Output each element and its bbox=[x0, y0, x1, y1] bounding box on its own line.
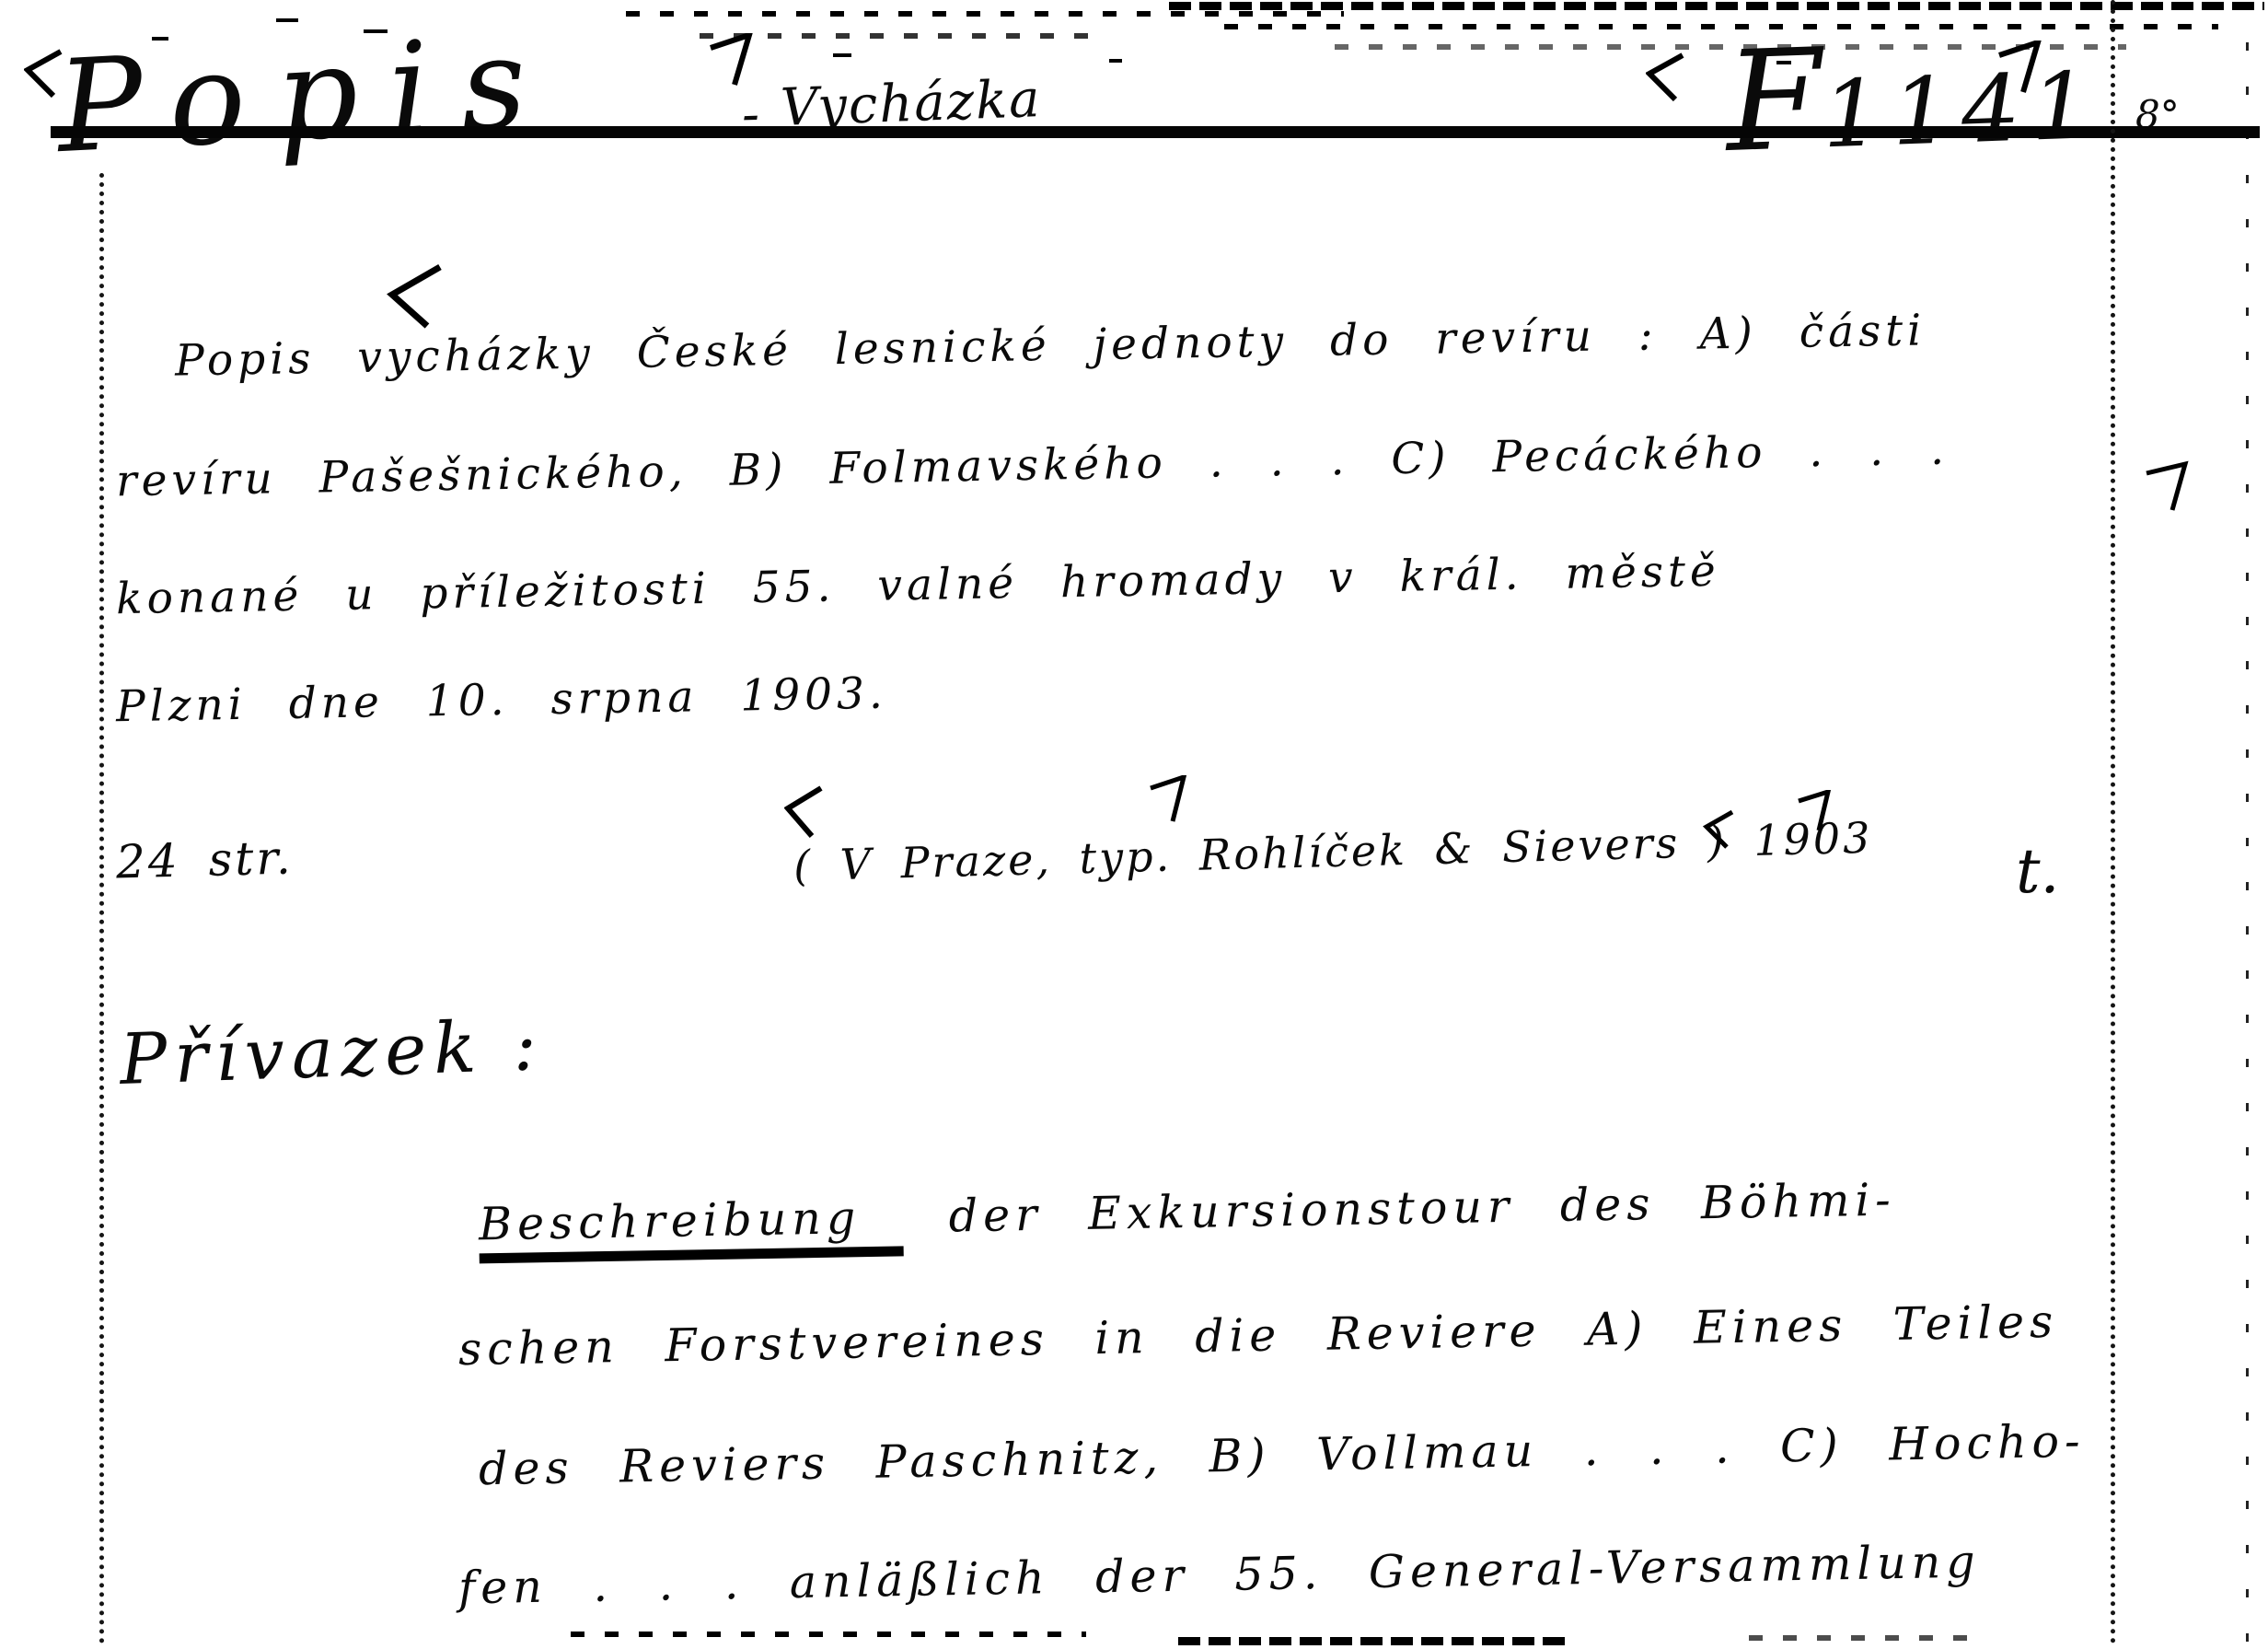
entry-line: konané u příležitosti 55. valné hromady … bbox=[116, 546, 1720, 624]
entry-line: des Reviers Paschnitz, B) Vollmau . . . … bbox=[479, 1415, 2086, 1495]
underlined-word: Beschreibung bbox=[479, 1190, 904, 1263]
insertion-caret-icon bbox=[1703, 808, 1736, 851]
extent-statement: 24 str. bbox=[115, 830, 294, 888]
shelfmark-letter: F bbox=[1723, 20, 1824, 184]
insertion-caret-icon bbox=[2145, 460, 2189, 514]
header-rule bbox=[51, 126, 2260, 138]
card-title: Popis bbox=[53, 7, 561, 181]
catalog-card-page: Popis - Vycházka F1141 8° Popis vycházky… bbox=[0, 0, 2268, 1649]
insertion-caret-icon bbox=[1997, 41, 2042, 96]
entry-line: schen Forstvereines in die Reviere A) Ei… bbox=[458, 1295, 2059, 1376]
left-margin-dotted-rule bbox=[99, 173, 104, 1644]
attachment-heading: Přívazek : bbox=[119, 1004, 546, 1100]
entry-line: Beschreibung der Exkursionstour des Böhm… bbox=[479, 1174, 1897, 1251]
insertion-caret-icon bbox=[1797, 790, 1832, 834]
scan-noise bbox=[626, 11, 1344, 17]
insertion-caret-icon bbox=[1646, 52, 1686, 103]
entry-line: Plzni dne 10. srpna 1903. bbox=[116, 668, 888, 733]
entry-line: revíru Pašešnického, B) Folmavského . . … bbox=[116, 424, 1950, 507]
insertion-caret-icon bbox=[1149, 775, 1187, 825]
scan-noise bbox=[833, 53, 851, 57]
note-mark: t. bbox=[2016, 836, 2060, 907]
scan-noise bbox=[700, 33, 1095, 39]
entry-line: fen . . . anläßlich der 55. General-Vers… bbox=[458, 1536, 1981, 1615]
scan-noise bbox=[1178, 1637, 1565, 1645]
insertion-caret-icon bbox=[709, 33, 753, 88]
entry-line-rest: der Exkursionstour des Böhmi- bbox=[903, 1174, 1896, 1244]
scan-noise bbox=[1109, 59, 1122, 63]
shelfmark: F1141 bbox=[1723, 10, 2102, 183]
scan-noise bbox=[2246, 7, 2249, 1642]
scan-noise bbox=[1749, 1635, 1970, 1641]
right-margin-dotted-rule bbox=[2111, 0, 2115, 1644]
shelfmark-number: 1141 bbox=[1821, 52, 2102, 168]
insertion-caret-icon bbox=[387, 263, 445, 330]
insertion-caret-icon bbox=[784, 784, 825, 840]
scan-noise bbox=[571, 1632, 1086, 1637]
scan-noise bbox=[1169, 2, 2264, 10]
